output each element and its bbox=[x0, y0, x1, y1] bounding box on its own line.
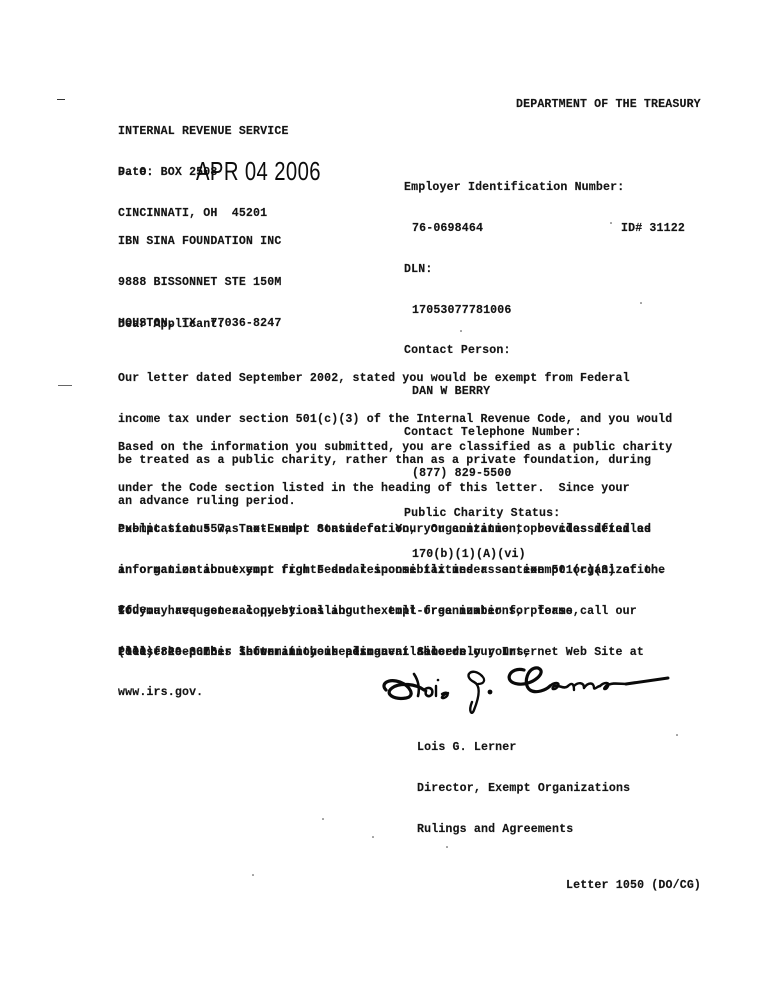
sender-line: INTERNAL REVENUE SERVICE bbox=[118, 125, 289, 139]
margin-mark bbox=[57, 99, 65, 100]
dln-value: 17053077781006 bbox=[404, 304, 624, 318]
scan-speck bbox=[676, 734, 678, 736]
paragraph-line: Our letter dated September 2002, stated … bbox=[118, 372, 672, 386]
paragraph-line: under the Code section listed in the hea… bbox=[118, 482, 672, 496]
contact-id: ID# 31122 bbox=[621, 222, 685, 236]
scan-speck bbox=[446, 846, 448, 848]
department-heading: DEPARTMENT OF THE TREASURY bbox=[516, 98, 701, 112]
signature-icon bbox=[378, 660, 678, 718]
signer-division: Rulings and Agreements bbox=[417, 823, 630, 837]
scan-speck bbox=[322, 818, 324, 820]
salutation: Dear Applicant: bbox=[118, 318, 225, 332]
paragraph-line: Based on the information you submitted, … bbox=[118, 441, 672, 455]
valediction: Sincerely yours, bbox=[417, 646, 531, 660]
signer-name: Lois G. Lerner bbox=[417, 741, 630, 755]
paragraph-line: information about your rights and respon… bbox=[118, 564, 665, 578]
signer-block: Lois G. Lerner Director, Exempt Organiza… bbox=[417, 714, 630, 864]
paragraph-line: Publication 557, Tax-Exempt Status for Y… bbox=[118, 523, 665, 537]
recipient-address: IBN SINA FOUNDATION INC 9888 BISSONNET S… bbox=[118, 208, 281, 358]
scan-speck bbox=[460, 330, 462, 332]
scan-speck bbox=[372, 836, 374, 838]
dln-label: DLN: bbox=[404, 263, 624, 277]
date-label: Date: bbox=[118, 166, 154, 180]
margin-mark bbox=[58, 385, 72, 386]
scan-speck bbox=[640, 302, 642, 304]
letter-page: INTERNAL REVENUE SERVICE P. O. BOX 2508 … bbox=[0, 0, 768, 994]
paragraph-line: If you have general questions about exem… bbox=[118, 605, 637, 619]
handwritten-signature bbox=[378, 660, 678, 718]
form-identifier: Letter 1050 (DO/CG) bbox=[566, 879, 701, 893]
recipient-line: 9888 BISSONNET STE 150M bbox=[118, 276, 281, 290]
ein-value: 76-0698464 bbox=[404, 222, 624, 236]
recipient-line: IBN SINA FOUNDATION INC bbox=[118, 235, 281, 249]
date-stamp: APR 04 2006 bbox=[196, 156, 321, 186]
signer-title: Director, Exempt Organizations bbox=[417, 782, 630, 796]
scan-speck bbox=[610, 222, 612, 224]
scan-speck bbox=[252, 874, 254, 876]
ein-label: Employer Identification Number: bbox=[404, 181, 624, 195]
